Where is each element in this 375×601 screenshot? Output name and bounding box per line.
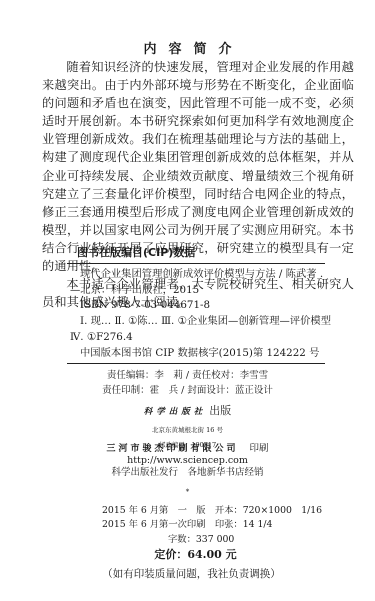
- cip-classification: Ⅰ. 现… Ⅱ. ①陈… Ⅲ. ①企业集团—创新管理—评价模型: [70, 314, 325, 330]
- cip-heading: 图书在版编目(CIP)数据: [70, 244, 325, 263]
- abstract-paragraph-1: 随着知识经济的快速发展，管理对企业发展的作用越来越突出。由于内外部环境与形势在不…: [42, 58, 354, 275]
- quality-notice: （如有印装质量问题，我社负责调换）: [0, 566, 375, 581]
- distribution-line: 科学出版社发行 各地新华书店经销: [0, 464, 375, 478]
- printer-line: 三河市骏杰印刷有限公司 印刷: [0, 440, 375, 454]
- printing-line: 2015 年 6 月第一次印刷 印张：14 1/4: [102, 518, 322, 532]
- edition-line: 2015 年 6 月第 一 版 开本：720×1000 1/16: [102, 504, 322, 518]
- cip-isbn: ISBN 978-7-03-044671-8: [70, 298, 325, 314]
- copyright-page: 内容简介 随着知识经济的快速发展，管理对企业发展的作用越来越突出。由于内外部环境…: [0, 0, 375, 601]
- cip-publisher-line: —北京：科学出版社，2015: [70, 283, 325, 299]
- cip-bottom-rule: [67, 363, 325, 364]
- cip-block: 图书在版编目(CIP)数据 现代企业集团管理创新成效评价模型与方法 / 陈武著 …: [70, 244, 325, 364]
- publisher-name: 科学出版社: [144, 407, 207, 417]
- word-count: 字数：337 000: [168, 531, 234, 545]
- cip-title-line: 现代企业集团管理创新成效评价模型与方法 / 陈武著 .: [70, 267, 325, 283]
- cip-body: 现代企业集团管理创新成效评价模型与方法 / 陈武著 . —北京：科学出版社，20…: [70, 264, 325, 363]
- price: 定价：64.00 元: [0, 546, 375, 562]
- printing-credit: 责任印制：霍 兵 / 封面设计：蓝正设计: [0, 383, 375, 398]
- cip-record-number: 中国版本图书馆 CIP 数据核字(2015)第 124222 号: [70, 346, 325, 362]
- abstract-title: 内容简介: [0, 38, 375, 57]
- publisher-action: 出版: [209, 404, 231, 417]
- cip-clc-number: Ⅳ. ①F276.4: [70, 330, 325, 346]
- edition-info: 2015 年 6 月第 一 版 开本：720×1000 1/16 2015 年 …: [102, 504, 322, 531]
- printer-action: 印刷: [250, 443, 269, 454]
- printer-name: 三河市骏杰印刷有限公司: [106, 444, 238, 454]
- publisher-line: 科学出版社 出版: [0, 403, 375, 420]
- publisher-address: 北京东黄城根北街 16 号: [0, 423, 375, 438]
- separator-star: *: [0, 488, 375, 496]
- editors-credit: 责任编辑：李 莉 / 责任校对：李雪雪: [0, 368, 375, 383]
